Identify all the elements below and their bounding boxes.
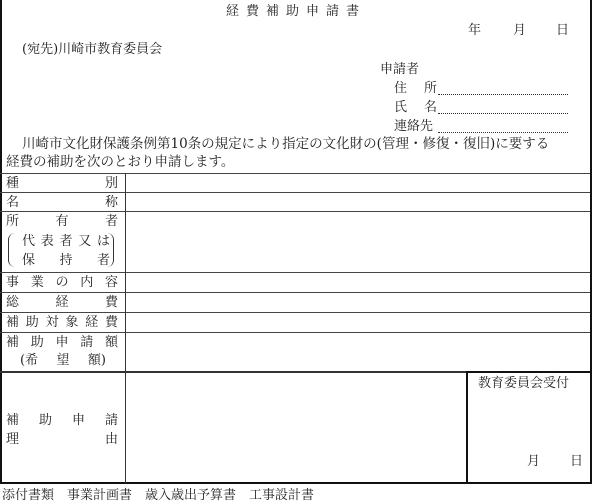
label-desired-amount: (希 望 額) (20, 354, 106, 367)
label-char: 理 (6, 433, 19, 446)
label-char: 補 (6, 316, 19, 329)
label-char: 者 (97, 254, 110, 267)
name-label-2: 名 (424, 101, 437, 114)
label-char: 経 (85, 316, 98, 329)
label-project-content: 事 業 の 内 容 (6, 276, 118, 289)
label-char: 助 (39, 414, 52, 427)
label-char: 申 (72, 414, 85, 427)
date-month: 月 (513, 24, 526, 37)
name-label-1: 氏 (394, 101, 407, 114)
label-char: 申 (55, 336, 68, 349)
contact-field[interactable] (438, 120, 568, 133)
label-char: 助 (31, 336, 44, 349)
label-char: 有 (55, 215, 68, 228)
label-char: 由 (105, 433, 118, 446)
label-char: 所 (6, 215, 19, 228)
label-char: 表 (41, 235, 54, 248)
label-char: 事 (6, 276, 19, 289)
project-content-field[interactable] (126, 273, 590, 292)
label-subsidy-reason: 補 助 申 請 (6, 414, 118, 427)
label-char: 名 (6, 196, 19, 209)
label-char: 種 (6, 177, 19, 190)
label-char: 称 (105, 196, 118, 209)
subsidy-reason-field[interactable] (126, 373, 466, 483)
address-label-1: 住 (394, 82, 407, 95)
document-title: 経費補助申請書 (0, 5, 592, 18)
name-of-property-field[interactable] (126, 193, 590, 211)
addressee: (宛先)川崎市教育委員会 (22, 43, 162, 56)
label-char: の (55, 276, 68, 289)
label-owner: 所 有 者 (6, 215, 118, 228)
applicant-heading: 申請者 (380, 63, 419, 76)
label-char: 者 (59, 235, 72, 248)
total-cost-field[interactable] (126, 293, 590, 312)
label-representative: 代 表 者 又 は (22, 235, 110, 248)
date-year: 年 (468, 24, 481, 37)
type-field[interactable] (126, 174, 590, 192)
name-field[interactable] (438, 101, 568, 114)
contact-label: 連絡先 (394, 120, 433, 133)
label-subsidy-request-amount: 補 助 申 請 額 (6, 336, 118, 349)
label-char: 別 (105, 177, 118, 190)
subsidy-target-cost-field[interactable] (126, 313, 590, 332)
label-char: 者 (105, 215, 118, 228)
label-subsidy-target-cost: 補 助 対 象 経 費 (6, 316, 118, 329)
label-char: 費 (105, 296, 118, 309)
subsidy-request-amount-field[interactable] (126, 333, 590, 371)
label-char: 象 (65, 316, 78, 329)
label-holder: 保 持 者 (22, 254, 110, 267)
label-type: 種 別 (6, 177, 118, 190)
reception-day: 日 (570, 455, 583, 468)
label-char: 保 (22, 254, 35, 267)
label-char: 請 (80, 336, 93, 349)
label-char: 容 (105, 276, 118, 289)
label-char: 経 (55, 296, 68, 309)
label-char: 望 (56, 354, 69, 367)
label-char: は (97, 235, 110, 248)
label-char: 又 (78, 235, 91, 248)
label-reason: 理 由 (6, 433, 118, 446)
label-char: 業 (31, 276, 44, 289)
body-text-line2: 経費の補助を次のとおり申請します。 (6, 156, 234, 170)
label-char: 額 (105, 336, 118, 349)
owner-field[interactable] (126, 212, 590, 272)
label-char: 代 (22, 235, 35, 248)
address-field[interactable] (438, 82, 568, 95)
label-char: 額) (88, 354, 106, 367)
label-char: 補 (6, 336, 19, 349)
label-char: 対 (46, 316, 59, 329)
body-text-line1: 川崎市文化財保護条例第10条の規定により指定の文化財の(管理・修復・復旧)に要す… (22, 138, 549, 152)
reception-title: 教育委員会受付 (478, 377, 569, 390)
label-char: 助 (26, 316, 39, 329)
date-day: 日 (556, 24, 569, 37)
label-char: 請 (105, 414, 118, 427)
label-char: 費 (105, 316, 118, 329)
attachments-list: 添付書類 事業計画書 歳入歳出予算書 工事設計書 (2, 489, 314, 502)
label-name: 名 称 (6, 196, 118, 209)
label-total-cost: 総 経 費 (6, 296, 118, 309)
reception-month: 月 (527, 455, 540, 468)
label-char: 総 (6, 296, 19, 309)
address-label-2: 所 (424, 82, 437, 95)
label-char: 内 (80, 276, 93, 289)
label-char: 持 (59, 254, 72, 267)
label-char: (希 (20, 354, 38, 367)
label-char: 補 (6, 414, 19, 427)
